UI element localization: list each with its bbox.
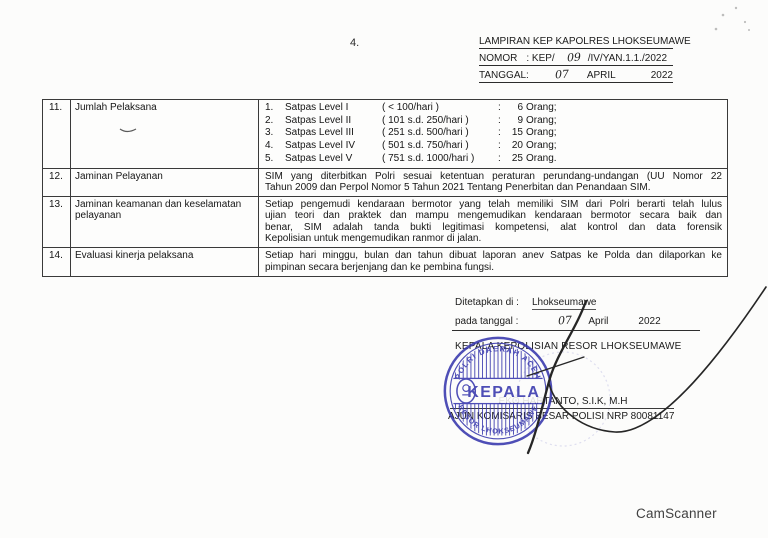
signature-divider: [452, 330, 700, 331]
table-row-number: 12.: [43, 169, 71, 197]
stamp-hatching: [455, 347, 536, 436]
table-row-number: 11.: [43, 100, 71, 169]
signature-ink: [527, 287, 766, 453]
header-title-text: LAMPIRAN KEP KAPOLRES LHOKSEUMAWE: [479, 36, 691, 47]
ditetapkan-label: Ditetapkan di :: [455, 297, 532, 310]
signer-title: KEPALA KEPOLISIAN RESOR LHOKSEUMAWE: [455, 341, 699, 352]
page-number: 4.: [350, 37, 359, 49]
tanggal-label: TANGGAL:: [479, 70, 529, 81]
nomor-handwritten-value: 09: [566, 51, 581, 65]
header-title: LAMPIRAN KEP KAPOLRES LHOKSEUMAWE: [479, 36, 673, 49]
ditetapkan-row: Ditetapkan di : Lhokseumawe: [455, 297, 596, 310]
satpas-list-item: 3.Satpas Level III( 251 s.d. 500/hari ):…: [265, 127, 722, 140]
table-row-value: Setiap hari minggu, bulan dan tahun dibu…: [259, 248, 727, 276]
satpas-list-item: 2.Satpas Level II( 101 s.d. 250/hari ):9…: [265, 115, 722, 128]
signer-name: EKO HARTANTO, S.I.K, M.H: [448, 396, 678, 407]
table-row-label: Jaminan Pelayanan: [71, 169, 259, 197]
pada-tanggal-label: pada tanggal :: [455, 316, 518, 327]
table-row-label: Jaminan keamanan dan keselamatan pelayan…: [71, 197, 259, 248]
table-row-label: Evaluasi kinerja pelaksana: [71, 248, 259, 276]
scan-specks: [715, 7, 750, 31]
satpas-list-item: 5.Satpas Level V( 751 s.d. 1000/hari ):2…: [265, 153, 722, 166]
satpas-list-item: 1.Satpas Level I( < 100/hari ):6Orang;: [265, 102, 722, 115]
ditetapkan-value: Lhokseumawe: [532, 297, 596, 310]
camscanner-watermark: CamScanner: [636, 506, 717, 521]
specification-table: 11. Jumlah Pelaksana 1.Satpas Level I( <…: [42, 99, 728, 277]
table-row-label: Jumlah Pelaksana: [71, 100, 259, 169]
signer-rank: AJUN KOMISARIS BESAR POLISI NRP 80081147: [448, 411, 702, 422]
tanggal-handwritten-day: 07: [554, 68, 569, 82]
pada-tanggal-month: April: [588, 316, 608, 327]
pada-tanggal-handwritten-day: 07: [558, 314, 573, 328]
header-tanggal: TANGGAL: 07 APRIL 2022: [479, 68, 673, 83]
table-row-value: 1.Satpas Level I( < 100/hari ):6Orang; 2…: [259, 100, 727, 169]
pada-tanggal-year: 2022: [638, 316, 660, 327]
table-row-value: SIM yang diterbitkan Polri sesuai ketent…: [259, 169, 727, 197]
table-row-number: 13.: [43, 197, 71, 248]
nomor-label: NOMOR: [479, 53, 517, 64]
pada-tanggal-row: pada tanggal : 07 April 2022: [455, 314, 661, 327]
tanggal-month: APRIL: [587, 70, 616, 81]
nomor-prefix: : KEP/: [526, 53, 554, 64]
signer-name-underline: [450, 408, 674, 409]
tanggal-year: 2022: [651, 70, 673, 81]
nomor-suffix: /IV/YAN.1.1./2022: [588, 53, 667, 64]
satpas-list-item: 4.Satpas Level IV( 501 s.d. 750/hari ):2…: [265, 140, 722, 153]
header-nomor: NOMOR : KEP/ 09 /IV/YAN.1.1./2022: [479, 51, 673, 66]
table-row-number: 14.: [43, 248, 71, 276]
document-header: LAMPIRAN KEP KAPOLRES LHOKSEUMAWE NOMOR …: [479, 36, 673, 85]
table-row-value: Setiap pengemudi kendaraan bermotor yang…: [259, 197, 727, 248]
